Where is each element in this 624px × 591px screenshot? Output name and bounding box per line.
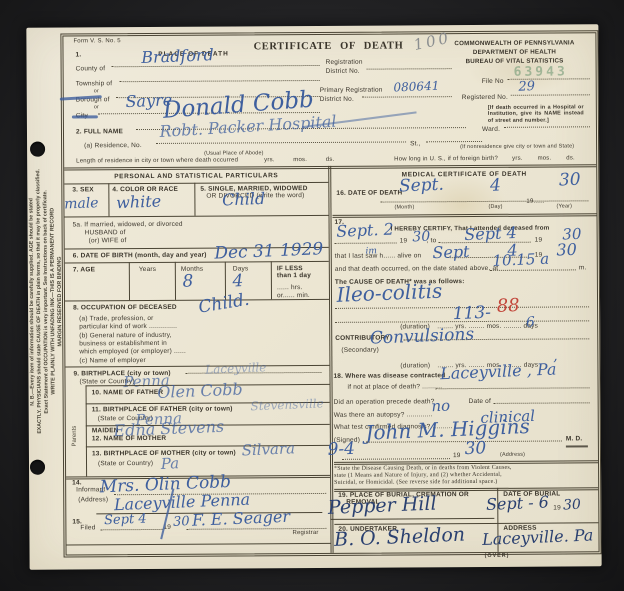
age-label: 7. AGE	[73, 266, 95, 273]
father-name-value: Olen Cobb	[157, 381, 243, 400]
footnote-line3: Suicidal, or Homicidal. (See reverse sid…	[334, 479, 497, 486]
filed-label: Filed	[80, 524, 95, 531]
s18-line1: 18. Where was disease contracted	[333, 372, 445, 380]
autopsy-value: no	[431, 399, 450, 415]
registrar-signature: F. E. Seager	[192, 509, 291, 529]
dod-year-note: (Year)	[556, 203, 572, 209]
hospital-note: [If death occurred in a Hospital or Inst…	[488, 104, 584, 124]
signed-value: John M. Higgins	[365, 416, 530, 443]
parents-label: Parents	[72, 406, 78, 466]
contributory-line	[403, 337, 589, 340]
race-marital-divider	[194, 183, 195, 216]
occupation-b1: (b) General nature of industry,	[79, 332, 171, 340]
over-label: (OVER)	[485, 553, 510, 559]
occupation-header: 8. OCCUPATION OF DECEASED	[73, 304, 177, 312]
st-line	[426, 140, 482, 142]
father-birthplace-city: Stevensville	[250, 397, 324, 412]
dod-month-note: (Month)	[394, 204, 414, 210]
occupation-b2: business or establishment in	[79, 340, 167, 348]
registrar-label: Registrar	[292, 530, 318, 536]
st-label: St.,	[410, 140, 421, 147]
burial-place-value: Pepper Hill	[328, 494, 437, 517]
dod-day-value: 4	[490, 177, 502, 194]
county-label: County of	[76, 65, 106, 72]
registration-district-line1: Registration	[326, 59, 363, 66]
s5a-line2: HUSBAND of	[85, 229, 126, 236]
occurred-label: and that death occurred, on the date sta…	[335, 265, 499, 273]
occupation-value: Child.	[197, 292, 250, 317]
certificate-paper: N. B.—Every item of information should b…	[26, 24, 601, 569]
age-col-divider	[129, 262, 130, 300]
occupation-c: (c) Name of employer	[79, 357, 146, 364]
residence-line	[156, 140, 406, 144]
duration2-label: (duration)	[400, 362, 430, 369]
date-of-death-label: 16. DATE OF DEATH	[336, 189, 402, 196]
s5a-line3: (or) WIFE of	[89, 237, 127, 244]
sign-date-value: 9-4	[327, 441, 355, 459]
sex-label: 3. SEX	[72, 186, 93, 193]
lastsaw-month-value: Sept	[432, 244, 470, 262]
column-divider	[328, 166, 333, 553]
form-number: Form V. S. No. 5	[73, 38, 120, 44]
if-less-hrs: ...... hrs.	[277, 284, 303, 291]
medical-header: MEDICAL CERTIFICATE OF DEATH	[332, 170, 596, 179]
registration-district-line2: District No.	[326, 68, 360, 75]
primary-district-line	[362, 95, 452, 98]
dod-day-note: (Day)	[488, 204, 502, 210]
cause-code-red: 88	[496, 297, 520, 316]
dob-label: 6. DATE OF BIRTH (month, day and year)	[73, 252, 207, 260]
mother-birthplace-state: Pa	[160, 456, 179, 472]
or-label-2: or	[94, 104, 99, 110]
ward-line	[504, 125, 590, 128]
row-divider	[65, 261, 329, 264]
operation-date-line	[494, 401, 590, 404]
scanned-death-certificate: N. B.—Every item of information should b…	[0, 0, 624, 591]
personal-header-rule	[64, 182, 328, 185]
registered-no-line	[511, 93, 590, 95]
age-days-value: 4	[232, 273, 244, 290]
s18-value: Laceyville , Pa	[440, 361, 557, 382]
primary-registration-line2: District No.	[320, 96, 354, 103]
contributory-value: Convulsions	[370, 326, 475, 347]
howlong-us-label: How long in U. S., if of foreign birth?	[394, 156, 498, 163]
from-19: 19	[400, 237, 408, 244]
mother-name-label: 12. NAME OF MOTHER	[92, 435, 166, 442]
registration-district-line	[367, 67, 452, 70]
sex-value: male	[64, 196, 99, 211]
undertaker-address-value: Laceyville. Pa	[482, 527, 594, 548]
occurred-time-value: 10.15 a	[492, 252, 549, 269]
birthplace-city-value: Laceyville	[205, 361, 267, 375]
lastsaw-him: im	[365, 247, 377, 256]
informant-number: 14.	[72, 479, 82, 486]
md-label: M. D.	[566, 435, 583, 442]
lastsaw-year-value: 30	[556, 242, 577, 259]
age-col-divider	[271, 261, 272, 299]
sign-year-value: 30	[464, 440, 486, 458]
parents-box-divider	[86, 385, 88, 476]
nonresidence-note: (If nonresidence give city or town and S…	[460, 143, 574, 150]
sign-address-note: (Address)	[500, 452, 525, 458]
cause-of-death-value: Ileo-colitis	[336, 281, 442, 305]
abode-note: (Usual Place of Abode)	[204, 150, 264, 156]
duration-days-value: 6	[526, 315, 535, 329]
operation-label: Did an operation precede death?	[334, 398, 435, 406]
to-19: 19	[535, 237, 543, 244]
row-divider	[65, 215, 329, 218]
informant-address-label: (Address)	[78, 496, 108, 503]
occupation-b3: which employed (or employer) ......	[79, 348, 186, 356]
registered-no-label: Registered No.	[462, 94, 508, 101]
howlong-us-units: yrs. mos. ds.	[512, 155, 575, 161]
primary-registration-line1: Primary Registration	[320, 87, 383, 94]
dod-year-value: 30	[559, 172, 581, 190]
sex-race-divider	[108, 183, 109, 216]
primary-district-value: 080641	[393, 80, 439, 94]
pen-stroke	[72, 115, 98, 118]
file-no-label: File No	[482, 78, 504, 85]
undertaker-value: B. O. Sheldon	[334, 526, 466, 550]
occupation-a1: (a) Trade, profession, or	[79, 315, 153, 322]
dod-19: 19......	[526, 199, 544, 205]
registered-no-value: 29	[518, 80, 535, 94]
dod-month-value: Sept.	[399, 177, 444, 196]
occurred-m-label: m.	[579, 264, 587, 271]
residence-label: (a) Residence, No.	[84, 142, 142, 149]
filed-date-value: Sept 4	[104, 513, 147, 528]
mother-birthplace-state-note: (State or Country)	[98, 460, 153, 467]
full-name-label: 2. FULL NAME	[76, 128, 123, 135]
burial-place-line	[330, 517, 494, 520]
sign-date-line	[342, 457, 450, 460]
if-less-label-2: than 1 day	[277, 272, 311, 279]
commonwealth-line1: COMMONWEALTH OF PENNSYLVANIA	[451, 39, 577, 47]
section1-number: 1.	[75, 51, 81, 58]
footnote-line1: *State the Disease Causing Death, or in …	[334, 465, 512, 472]
pen-strike	[566, 445, 588, 447]
operation-date-label: Date of	[469, 398, 491, 405]
burial-date-19: 19	[553, 504, 561, 511]
dod-line	[380, 199, 588, 202]
age-years-label: Years	[139, 266, 156, 273]
from-line	[335, 241, 397, 243]
certificate-title: CERTIFICATE OF DEATH	[243, 40, 413, 52]
attended-from-value: Sept. 2	[336, 222, 394, 240]
county-value: Bradford	[141, 47, 214, 66]
s5a-line1: 5a. If married, widowed, or divorced	[73, 221, 183, 229]
age-col-divider	[175, 262, 176, 300]
burial-row-divider	[334, 522, 598, 525]
race-value: white	[116, 193, 162, 211]
row-divider	[65, 365, 329, 368]
burial-date-year: 30	[563, 498, 581, 513]
father-name-label: 10. NAME OF FATHER	[92, 389, 164, 396]
township-line	[120, 79, 320, 82]
row-divider-heavy	[332, 213, 596, 218]
sign-19: 19	[453, 452, 461, 459]
mother-birthplace-city: Silvara	[241, 441, 295, 458]
county-line	[112, 64, 320, 67]
filed-line	[100, 528, 162, 530]
dob-value: Dec 31 1929	[214, 241, 324, 262]
ward-label: Ward.	[482, 126, 500, 133]
secondary-label: (Secondary)	[341, 347, 379, 354]
marital-value: Child	[222, 191, 266, 209]
or-label-1: or	[94, 88, 99, 94]
s18-line	[436, 386, 590, 389]
age-months-value: 8	[182, 273, 194, 290]
burial-date-value: Sept - 6	[486, 494, 549, 513]
left-column-bottom-rule	[67, 543, 331, 546]
footnote-line2: state (1 Means and Nature of Injury, and…	[334, 472, 502, 479]
length-residence-label: Length of residence in city or town wher…	[76, 157, 238, 164]
occupation-a2: particular kind of work ..............	[79, 323, 177, 331]
cause-code-blue: 113-	[452, 305, 491, 324]
s18-line2: if not at place of death? ..........	[348, 383, 443, 391]
commonwealth-line2: DEPARTMENT OF HEALTH	[451, 48, 577, 56]
length-residence-units: yrs. mos. ds.	[264, 157, 334, 163]
pencil-number: 100	[412, 28, 453, 54]
lastsaw-label: that I last saw h...... alive on	[335, 252, 422, 260]
certificate-form: Form V. S. No. 5 CERTIFICATE OF DEATH 10…	[60, 30, 601, 557]
personal-header: PERSONAL AND STATISTICAL PARTICULARS	[64, 172, 328, 181]
township-label: Township of	[76, 80, 113, 87]
